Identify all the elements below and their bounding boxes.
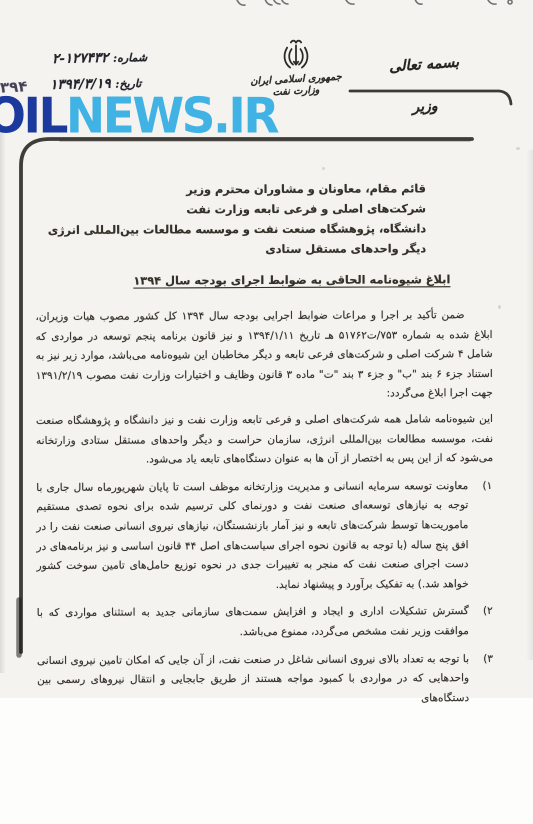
scan-speck — [516, 147, 520, 150]
recipient-line: قائم مقام، معاونان و مشاوران محترم وزیر — [35, 179, 426, 201]
numbered-item-1: ۱) معاونت توسعه سرمایه انسانی و مدیریت و… — [36, 477, 494, 597]
recipient-line: شرکت‌های اصلی و فرعی تابعه وزارت نفت — [35, 199, 426, 221]
iran-emblem-icon — [238, 38, 354, 72]
recipient-line: دانشگاه، پژوهشگاه صنعت نفت و موسسه مطالع… — [35, 219, 426, 241]
clipped-handwriting-marks — [225, 0, 525, 8]
item-text: با توجه به تعداد بالای نیروی انسانی شاغل… — [37, 653, 469, 704]
item-number: ۲) — [483, 602, 493, 622]
numbered-item-2: ۲) گسترش تشکیلات اداری و ایجاد و افزایش … — [37, 602, 494, 643]
item-text: معاونت توسعه سرمایه انسانی و مدیریت وزار… — [36, 480, 468, 591]
scan-edge-artifact-right — [526, 150, 533, 660]
letter-body: ضمن تأکید بر اجرا و مراعات ضوابط اجرایی … — [35, 306, 494, 710]
paragraph-2: این شیوه‌نامه شامل همه شرکت‌های اصلی و ف… — [36, 410, 493, 471]
item-text: گسترش تشکیلات اداری و ایجاد و افزایش سمت… — [37, 605, 469, 638]
recipient-line: دیگر واحدهای مستقل ستادی — [35, 239, 426, 261]
item-number: ۱) — [482, 477, 492, 497]
scan-speck — [498, 305, 501, 309]
item-number: ۳) — [483, 650, 493, 670]
oilnews-watermark: OILNEWS.IR — [0, 92, 277, 141]
subject-line: ابلاغ شیوه‌نامه الحاقی به ضوابط اجرای بو… — [35, 272, 450, 288]
recipient-block: قائم مقام، معاونان و مشاوران محترم وزیر … — [35, 179, 426, 261]
ref-number-label: شماره: — [113, 51, 147, 65]
watermark-oil: OIL — [0, 88, 66, 145]
paragraph-1: ضمن تأکید بر اجرا و مراعات ضوابط اجرایی … — [35, 306, 492, 406]
scanned-letter-page: شماره: ۱۲۷۴۳۲-۲ تاریخ: ۱۳۹۴/۳/۱۹ ۳۹۴ جمه… — [0, 0, 533, 824]
ref-number-value: ۱۲۷۴۳۲-۲ — [52, 50, 109, 67]
numbered-item-3: ۳) با توجه به تعداد بالای نیروی انسانی ش… — [37, 650, 494, 711]
watermark-news-ir: NEWS.IR — [66, 88, 277, 145]
scan-edge-artifact-left — [0, 128, 6, 673]
ref-number-line: شماره: ۱۲۷۴۳۲-۲ — [52, 49, 147, 67]
letter-content: قائم مقام، معاونان و مشاوران محترم وزیر … — [35, 151, 494, 710]
